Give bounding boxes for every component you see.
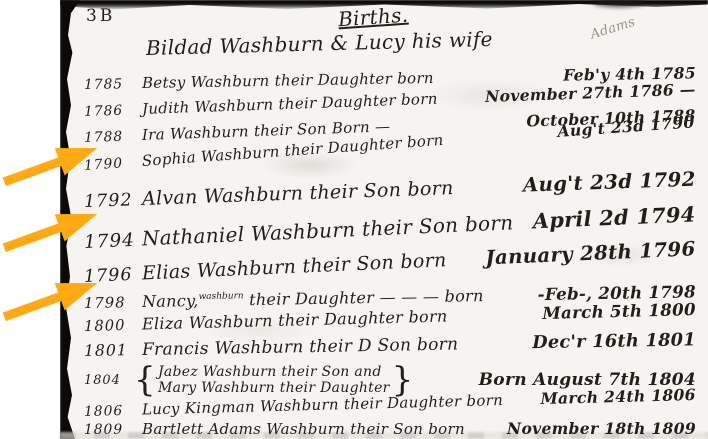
page-number: 3B bbox=[86, 6, 115, 26]
pointer-arrow-icon bbox=[0, 141, 104, 187]
entry-year: 1785 bbox=[84, 76, 130, 93]
entry-year: 1806 bbox=[84, 403, 130, 420]
entry-date: March 5th 1800 bbox=[542, 299, 696, 323]
scanned-register-page: 3B Births. Adams Bildad Washburn & Lucy … bbox=[0, 0, 708, 439]
register-entry-row: 1809 Bartlett Adams Washburn their Son b… bbox=[84, 419, 696, 438]
entry-date: November 18th 1809 bbox=[507, 419, 696, 438]
entry-year: 1801 bbox=[84, 340, 130, 360]
entry-year: 1809 bbox=[84, 422, 130, 438]
entry-date: Dec'r 16th 1801 bbox=[532, 329, 696, 353]
pointer-arrow-icon bbox=[0, 276, 104, 322]
entry-text: Bartlett Adams Washburn their Son born bbox=[142, 420, 495, 438]
entry-date: March 24th 1806 bbox=[540, 385, 696, 408]
entry-text: {Jabez Washburn their Son andMary Washbu… bbox=[134, 363, 414, 397]
page-title: Births. bbox=[337, 3, 409, 32]
entry-year: 1804 bbox=[84, 373, 130, 388]
entry-year: 1786 bbox=[84, 102, 131, 120]
pointer-arrow-icon bbox=[0, 207, 104, 253]
